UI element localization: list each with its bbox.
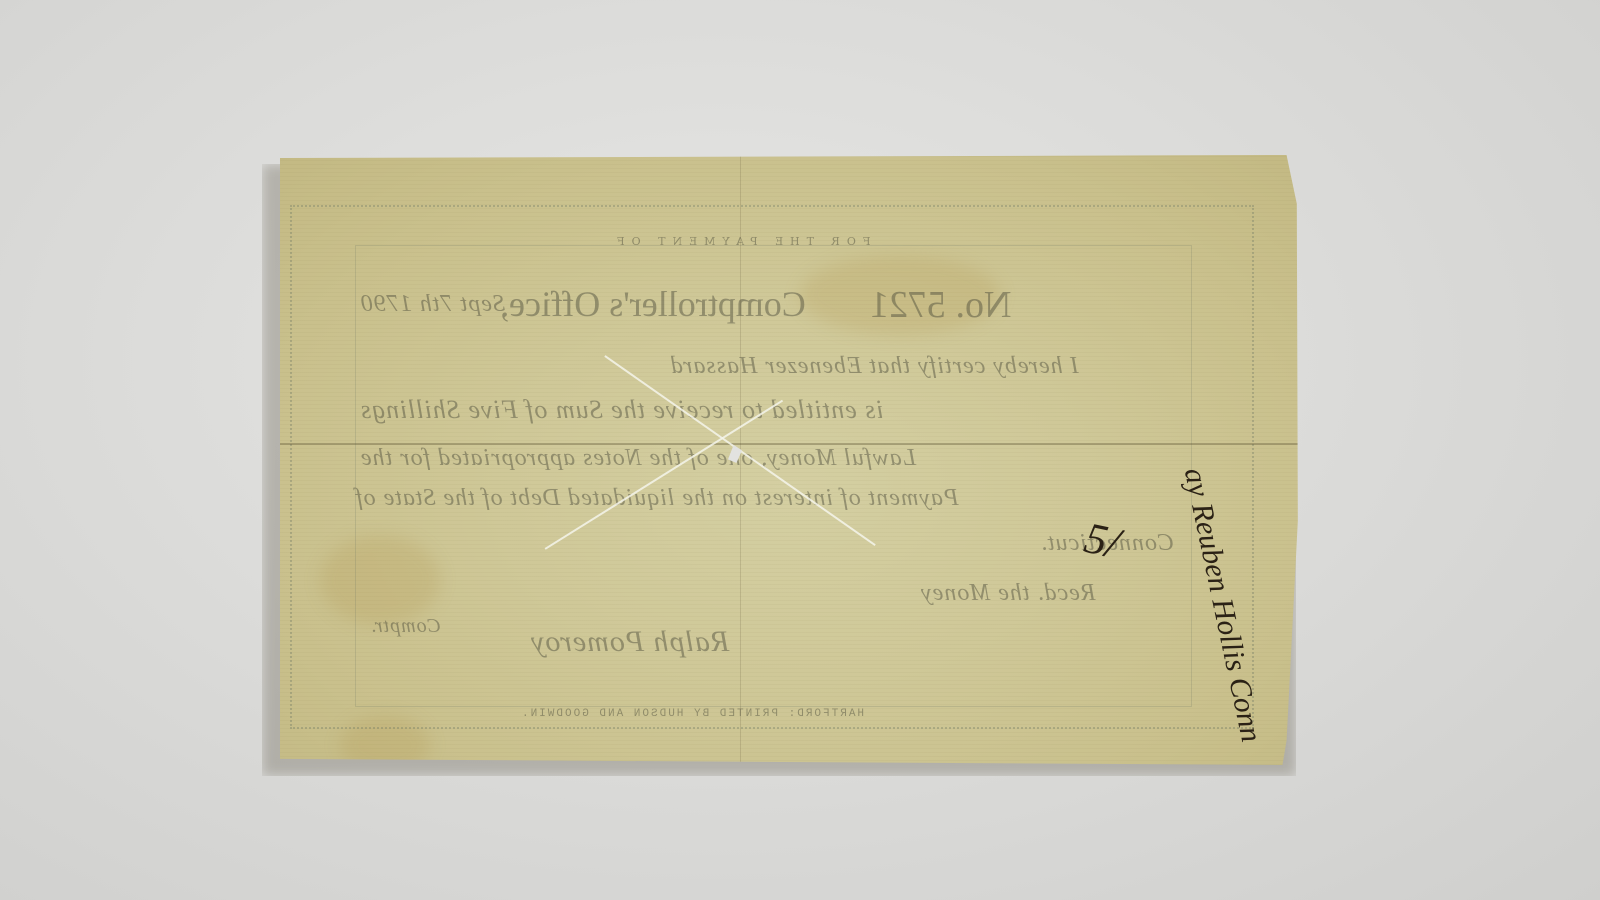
certify-line: I hereby certify that Ebenezer Hassard bbox=[670, 353, 1079, 380]
certificate-number: No. 5721 bbox=[870, 283, 1011, 327]
horizontal-fold bbox=[280, 443, 1305, 445]
lawful-money-line: Lawful Money, one of the Notes appropria… bbox=[360, 445, 916, 472]
comptroller-label: Comptr. bbox=[370, 615, 441, 638]
received-line: Recd. the Money bbox=[920, 580, 1096, 607]
comptroller-signature: Ralph Pomeroy bbox=[530, 625, 729, 659]
vertical-fold bbox=[740, 155, 741, 765]
office-title: Comptroller's Office, bbox=[500, 283, 806, 325]
date-text: Sept 7th 1790 bbox=[360, 291, 505, 318]
sum-line: is entitled to receive the Sum of Five S… bbox=[360, 395, 884, 425]
payment-line: Payment of interest on the liquidated De… bbox=[355, 485, 959, 512]
printer-imprint: HARTFORD: PRINTED BY HUDSON AND GOODWIN. bbox=[520, 708, 864, 720]
document-paper: FOR THE PAYMENT OF No. 5721 Comptroller'… bbox=[280, 155, 1305, 765]
